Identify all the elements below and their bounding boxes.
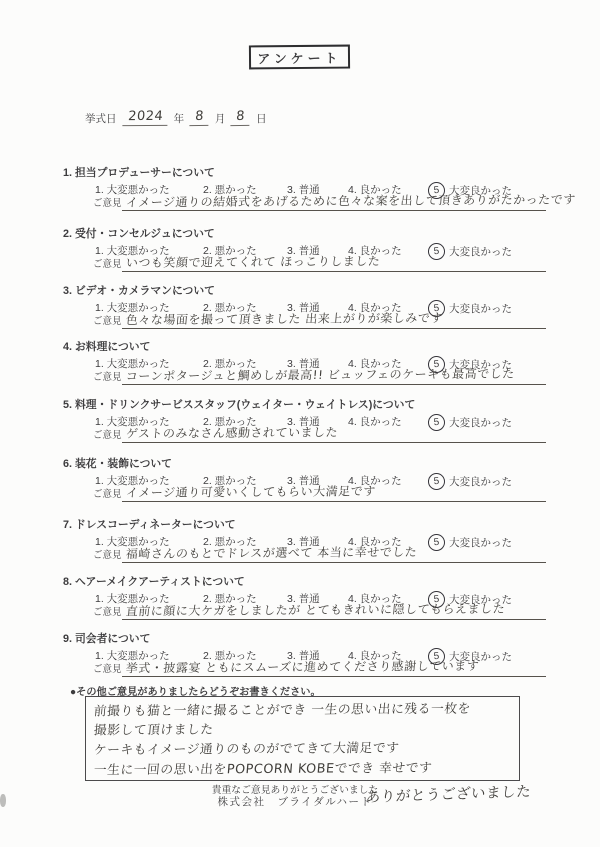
date-day-value: 8 (231, 110, 251, 126)
comment-underline: いつも笑顔で迎えてくれて ほっこりしました (122, 253, 546, 272)
question-block: 8. ヘアーメイクアーティストについて 1. 大変悪かった 2. 悪かった 3.… (0, 574, 600, 634)
comment-underline: イメージ通りの結婚式をあげるために色々な案を出して頂きありがたかったです (122, 192, 546, 211)
date-month-value: 8 (189, 110, 209, 126)
question-block: 5. 料理・ドリンクサービススタッフ(ウェイター・ウェイトレス)について 1. … (0, 397, 600, 457)
scan-artifact (0, 794, 6, 807)
comment-handwritten-text: 色々な場面を撮って頂きました 出来上がりが楽しみです (125, 309, 443, 328)
comment-handwritten-text: イメージ通りの結婚式をあげるために色々な案を出して頂きありがたかったです (125, 190, 576, 210)
form-title: アンケート (249, 45, 350, 70)
question-heading: 1. 担当プロデューサーについて (63, 165, 215, 180)
comment-label: ご意見 (93, 195, 122, 211)
date-year-value: 2024 (122, 110, 168, 126)
comment-handwritten-text: コーンポタージュと鯛めしが最高!! ビュッフェのケーキも最高でした (125, 365, 515, 385)
question-heading: 3. ビデオ・カメラマンについて (63, 283, 215, 298)
comment-handwritten-text: イメージ通り可愛いくしてもらい大満足です (125, 482, 376, 501)
comment-underline: 直前に顔に大ケガをしましたが とてもきれいに隠してもらえました (122, 601, 546, 620)
question-block: 1. 担当プロデューサーについて 1. 大変悪かった 2. 悪かった 3. 普通… (0, 165, 600, 225)
comment-underline: 福崎さんのもとでドレスが選べて 本当に幸せでした (122, 544, 546, 563)
comment-row: ご意見 イメージ通りの結婚式をあげるために色々な案を出して頂きありがたかったです (93, 191, 546, 211)
other-comments-box: 前撮りも猫と一緒に撮ることができ 一生の思い出に残る一枚を 撮影して頂けました … (85, 696, 520, 781)
question-heading: 4. お料理について (63, 339, 150, 354)
comment-row: ご意見 挙式・披露宴 ともにスムーズに進めてくださり感謝しています (93, 657, 546, 677)
comment-handwritten-text: いつも笑顔で迎えてくれて ほっこりしました (125, 252, 381, 271)
comment-handwritten-text: 直前に顔に大ケガをしましたが とてもきれいに隠してもらえました (125, 600, 506, 620)
question-heading: 5. 料理・ドリンクサービススタッフ(ウェイター・ウェイトレス)について (63, 397, 415, 412)
question-heading: 2. 受付・コンセルジュについて (63, 226, 215, 241)
comment-row: ご意見 色々な場面を撮って頂きました 出来上がりが楽しみです (93, 309, 546, 329)
question-block: 6. 装花・装飾について 1. 大変悪かった 2. 悪かった 3. 普通 4. … (0, 456, 600, 516)
other-comment-line: ケーキもイメージ通りのものがでてきて大満足です (93, 737, 400, 758)
comment-underline: コーンポタージュと鯛めしが最高!! ビュッフェのケーキも最高でした (122, 366, 546, 385)
question-block: 4. お料理について 1. 大変悪かった 2. 悪かった 3. 普通 4. 良か… (0, 339, 600, 399)
comment-label: ご意見 (93, 547, 122, 563)
comment-underline: ゲストのみなさん感動されていました (122, 424, 546, 443)
comment-underline: 挙式・披露宴 ともにスムーズに進めてくださり感謝しています (122, 658, 546, 677)
comment-row: ご意見 いつも笑顔で迎えてくれて ほっこりしました (93, 252, 546, 272)
other-comment-line: 前撮りも猫と一緒に撮ることができ 一生の思い出に残る一枚を (93, 698, 472, 720)
question-heading: 9. 司会者について (63, 631, 150, 646)
comment-row: ご意見 ゲストのみなさん感動されていました (93, 423, 546, 443)
comment-label: ご意見 (93, 604, 122, 620)
comment-row: ご意見 直前に顔に大ケガをしましたが とてもきれいに隠してもらえました (93, 600, 546, 620)
comment-underline: 色々な場面を撮って頂きました 出来上がりが楽しみです (122, 310, 546, 329)
question-block: 3. ビデオ・カメラマンについて 1. 大変悪かった 2. 悪かった 3. 普通… (0, 283, 600, 343)
comment-handwritten-text: ゲストのみなさん感動されていました (125, 423, 339, 441)
comment-label: ご意見 (93, 427, 122, 443)
date-prefix-label: 挙式日 (85, 111, 117, 126)
other-comment-line: 一生に一回の思い出をPOPCORN KOBEででき 幸せです (93, 757, 433, 778)
comment-handwritten-text: 福崎さんのもとでドレスが選べて 本当に幸せでした (125, 543, 418, 562)
question-heading: 8. ヘアーメイクアーティストについて (63, 574, 245, 589)
comment-label: ご意見 (93, 369, 122, 385)
comment-row: ご意見 コーンポタージュと鯛めしが最高!! ビュッフェのケーキも最高でした (93, 365, 546, 385)
comment-label: ご意見 (93, 313, 122, 329)
date-month-unit: 月 (215, 111, 226, 126)
date-year-unit: 年 (174, 111, 185, 126)
questionnaire-scan: アンケート 挙式日 2024 年 8 月 8 日 1. 担当プロデューサーについ… (0, 0, 600, 847)
comment-label: ご意見 (93, 661, 122, 677)
question-block: 2. 受付・コンセルジュについて 1. 大変悪かった 2. 悪かった 3. 普通… (0, 226, 600, 286)
date-day-unit: 日 (256, 111, 267, 126)
question-heading: 7. ドレスコーディネーターについて (63, 517, 236, 532)
question-block: 9. 司会者について 1. 大変悪かった 2. 悪かった 3. 普通 4. 良か… (0, 631, 600, 691)
comment-row: ご意見 福崎さんのもとでドレスが選べて 本当に幸せでした (93, 543, 546, 563)
comment-label: ご意見 (93, 486, 122, 502)
comment-underline: イメージ通り可愛いくしてもらい大満足です (122, 483, 546, 502)
comment-row: ご意見 イメージ通り可愛いくしてもらい大満足です (93, 482, 546, 502)
question-block: 7. ドレスコーディネーターについて 1. 大変悪かった 2. 悪かった 3. … (0, 517, 600, 577)
other-comment-line: 撮影して頂けました (93, 719, 214, 739)
question-heading: 6. 装花・装飾について (63, 456, 172, 471)
comment-label: ご意見 (93, 256, 122, 272)
comment-handwritten-text: 挙式・披露宴 ともにスムーズに進めてくださり感謝しています (125, 657, 480, 676)
wedding-date-line: 挙式日 2024 年 8 月 8 日 (85, 110, 267, 126)
footer-handwritten-thanks: ありがとうございました (365, 780, 532, 807)
